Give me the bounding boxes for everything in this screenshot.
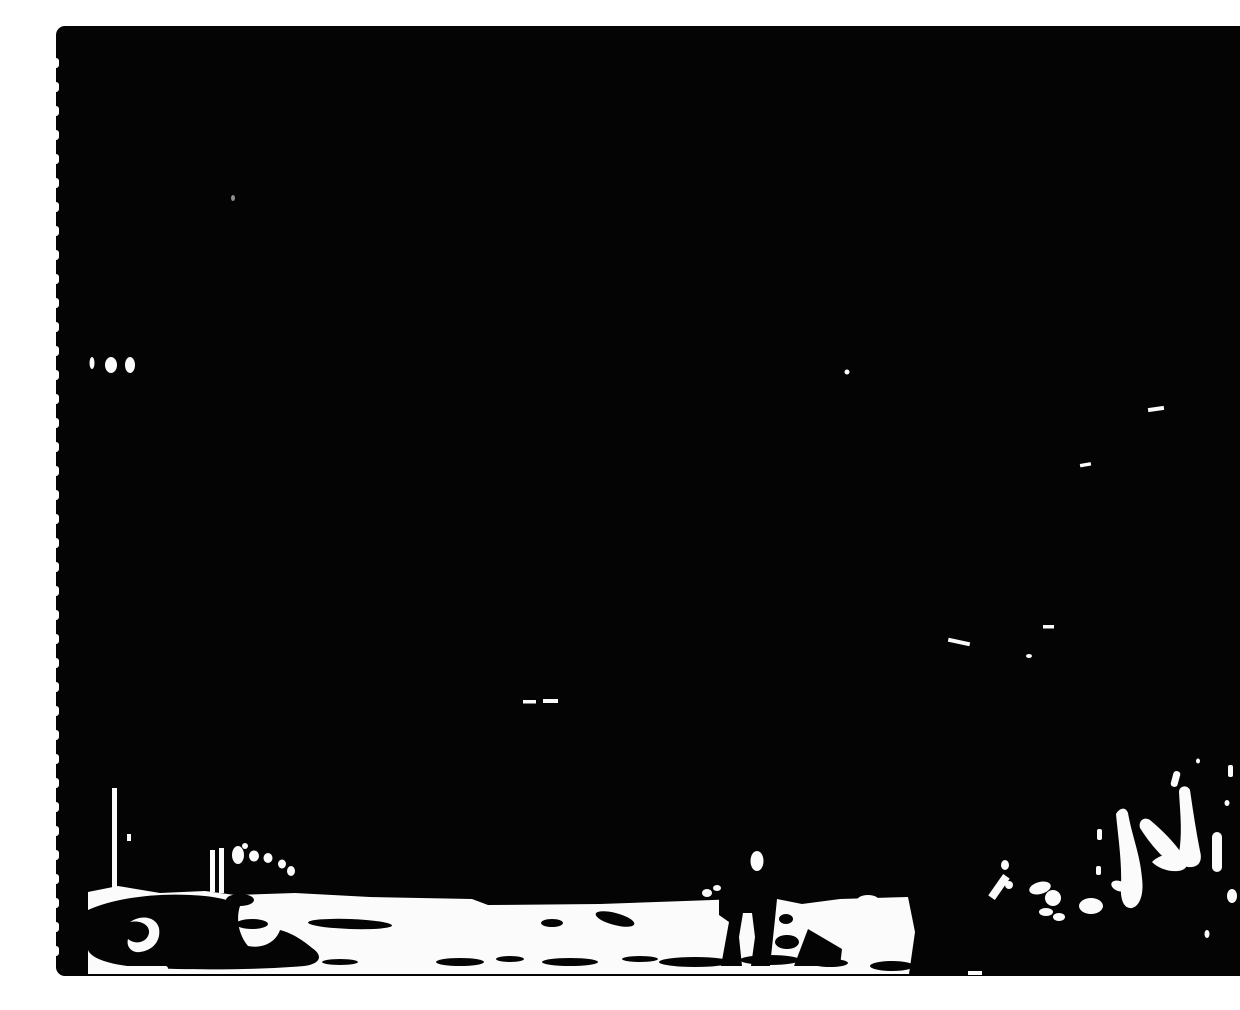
dark-patch: [236, 919, 268, 929]
ground-smudge: [870, 961, 914, 971]
light-dot: [1026, 654, 1032, 658]
lamp-glow: [242, 843, 248, 849]
deckle-notch: [53, 346, 59, 356]
ground-glint: [1001, 860, 1009, 870]
deckle-notch: [53, 778, 59, 788]
deckle-notch: [53, 922, 59, 932]
distant-light: [125, 357, 135, 373]
deckle-notch: [53, 706, 59, 716]
photo-svg: [40, 16, 1240, 994]
stone-glint: [856, 895, 880, 909]
scanned-photo: High-contrast binarized night photograph…: [40, 16, 1240, 994]
deckle-notch: [53, 154, 59, 164]
ground-glint: [1079, 898, 1103, 914]
dark-comma: [541, 919, 563, 927]
lamp-glow: [249, 851, 259, 862]
ground-glint: [1039, 908, 1053, 916]
deckle-notch: [53, 394, 59, 404]
deckle-notch: [53, 202, 59, 212]
distant-light: [90, 357, 95, 369]
twig-bit: [1096, 866, 1101, 875]
ground-glint: [1227, 889, 1237, 903]
light-dash: [1043, 625, 1054, 629]
distant-light-dot: [845, 370, 850, 375]
deckle-notch: [53, 562, 59, 572]
ground-smudge: [258, 955, 302, 963]
twig-bit: [1097, 829, 1102, 840]
lamp-glow: [287, 866, 295, 876]
stone-glint: [878, 950, 894, 960]
ground-smudge: [622, 956, 658, 962]
lamp-glow: [278, 860, 286, 869]
ground-streak: [1123, 876, 1137, 908]
deckle-notch: [53, 226, 59, 236]
deckle-notch: [53, 946, 59, 956]
deckle-notch: [53, 634, 59, 644]
edge-dash: [968, 971, 982, 975]
deckle-notch: [53, 610, 59, 620]
deckle-notch: [53, 130, 59, 140]
deckle-notch: [53, 658, 59, 668]
person-head: [751, 851, 764, 871]
deckle-notch: [53, 850, 59, 860]
lamp-pole: [112, 788, 117, 893]
ground-smudge: [542, 958, 598, 966]
deckle-notch: [53, 298, 59, 308]
deckle-notch: [53, 442, 59, 452]
dark-patch: [226, 894, 254, 906]
ground-smudge: [659, 957, 731, 967]
light-dash: [523, 700, 536, 704]
deckle-notch: [53, 418, 59, 428]
deckle-notch: [53, 586, 59, 596]
shoulder-glint: [713, 885, 721, 891]
tree-branch-streak: [1212, 832, 1222, 872]
twig-speck: [1196, 759, 1200, 764]
distant-light: [105, 357, 117, 373]
deckle-notch: [53, 82, 59, 92]
fence-post: [219, 848, 224, 893]
stone-glint: [860, 948, 876, 958]
deckle-notch: [53, 754, 59, 764]
stone-glint: [856, 932, 874, 944]
stone-glint: [877, 902, 903, 916]
lamp-glow: [264, 853, 273, 863]
deckle-notch: [53, 274, 59, 284]
photo-black-field: [56, 26, 1240, 976]
fence-post: [210, 850, 215, 892]
stone-glint: [875, 935, 891, 947]
ground-glint: [1045, 890, 1061, 906]
deckle-notch: [53, 250, 59, 260]
dark-blob: [779, 914, 793, 924]
deckle-notch: [53, 490, 59, 500]
dark-blob: [775, 935, 799, 949]
deckle-notch: [53, 826, 59, 836]
ground-wisp: [102, 966, 168, 971]
ground-speck: [1205, 930, 1210, 938]
lamp-glow: [232, 846, 244, 864]
ground-smudge: [322, 959, 358, 965]
deckle-notch: [53, 682, 59, 692]
ground-glint: [1053, 913, 1065, 921]
deckle-notch: [53, 58, 59, 68]
deckle-notch: [53, 538, 59, 548]
deckle-notch: [53, 322, 59, 332]
deckle-notch: [53, 178, 59, 188]
ground-smudge: [496, 956, 524, 962]
deckle-notch: [53, 106, 59, 116]
deckle-notch: [53, 466, 59, 476]
deckle-notch: [53, 514, 59, 524]
deckle-notch: [53, 898, 59, 908]
deckle-notch: [53, 874, 59, 884]
shoulder-glint: [702, 889, 712, 897]
ground-smudge: [436, 958, 484, 966]
faint-speck: [231, 195, 235, 201]
deckle-notch: [53, 802, 59, 812]
light-dash: [543, 699, 558, 703]
tree-twig: [1228, 765, 1233, 777]
deckle-notch: [53, 370, 59, 380]
deckle-notch: [53, 730, 59, 740]
pole-tick: [127, 834, 131, 841]
twig-speck: [1225, 800, 1230, 806]
